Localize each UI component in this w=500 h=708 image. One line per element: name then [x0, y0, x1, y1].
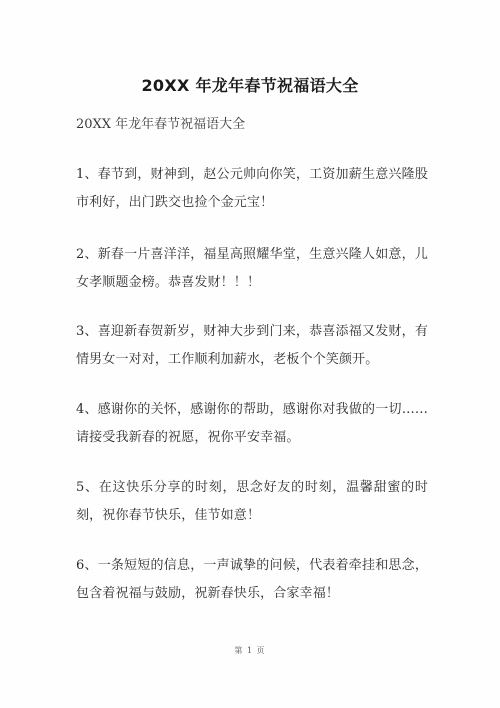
greeting-paragraph-1: 1、春节到，财神到，赵公元帅向你笑，工资加薪生意兴隆股市利好，出门跌交也捡个金元… — [76, 161, 428, 216]
document-title: 20XX 年龙年春节祝福语大全 — [0, 73, 500, 96]
page-number: 第 1 页 — [0, 645, 500, 656]
document-page: 20XX 年龙年春节祝福语大全 20XX 年龙年春节祝福语大全 1、春节到，财神… — [0, 0, 500, 708]
greeting-paragraph-3: 3、喜迎新春贺新岁，财神大步到门来，恭喜添福又发财，有情男女一对对，工作顺利加薪… — [76, 318, 428, 373]
greeting-paragraph-2: 2、新春一片喜洋洋，福星高照耀华堂，生意兴隆人如意，儿女孝顺题金榜。恭喜发财！！… — [76, 241, 428, 296]
greeting-paragraph-5: 5、在这快乐分享的时刻，思念好友的时刻，温馨甜蜜的时刻，祝你春节快乐，佳节如意！ — [76, 474, 428, 529]
document-subtitle: 20XX 年龙年春节祝福语大全 — [76, 113, 245, 132]
greeting-paragraph-6: 6、一条短短的信息，一声诚挚的问候，代表着牵挂和思念，包含着祝福与鼓励，祝新春快… — [76, 552, 428, 607]
greeting-paragraph-4: 4、感谢你的关怀，感谢你的帮助，感谢你对我做的一切……请接受我新春的祝愿，祝你平… — [76, 396, 428, 451]
